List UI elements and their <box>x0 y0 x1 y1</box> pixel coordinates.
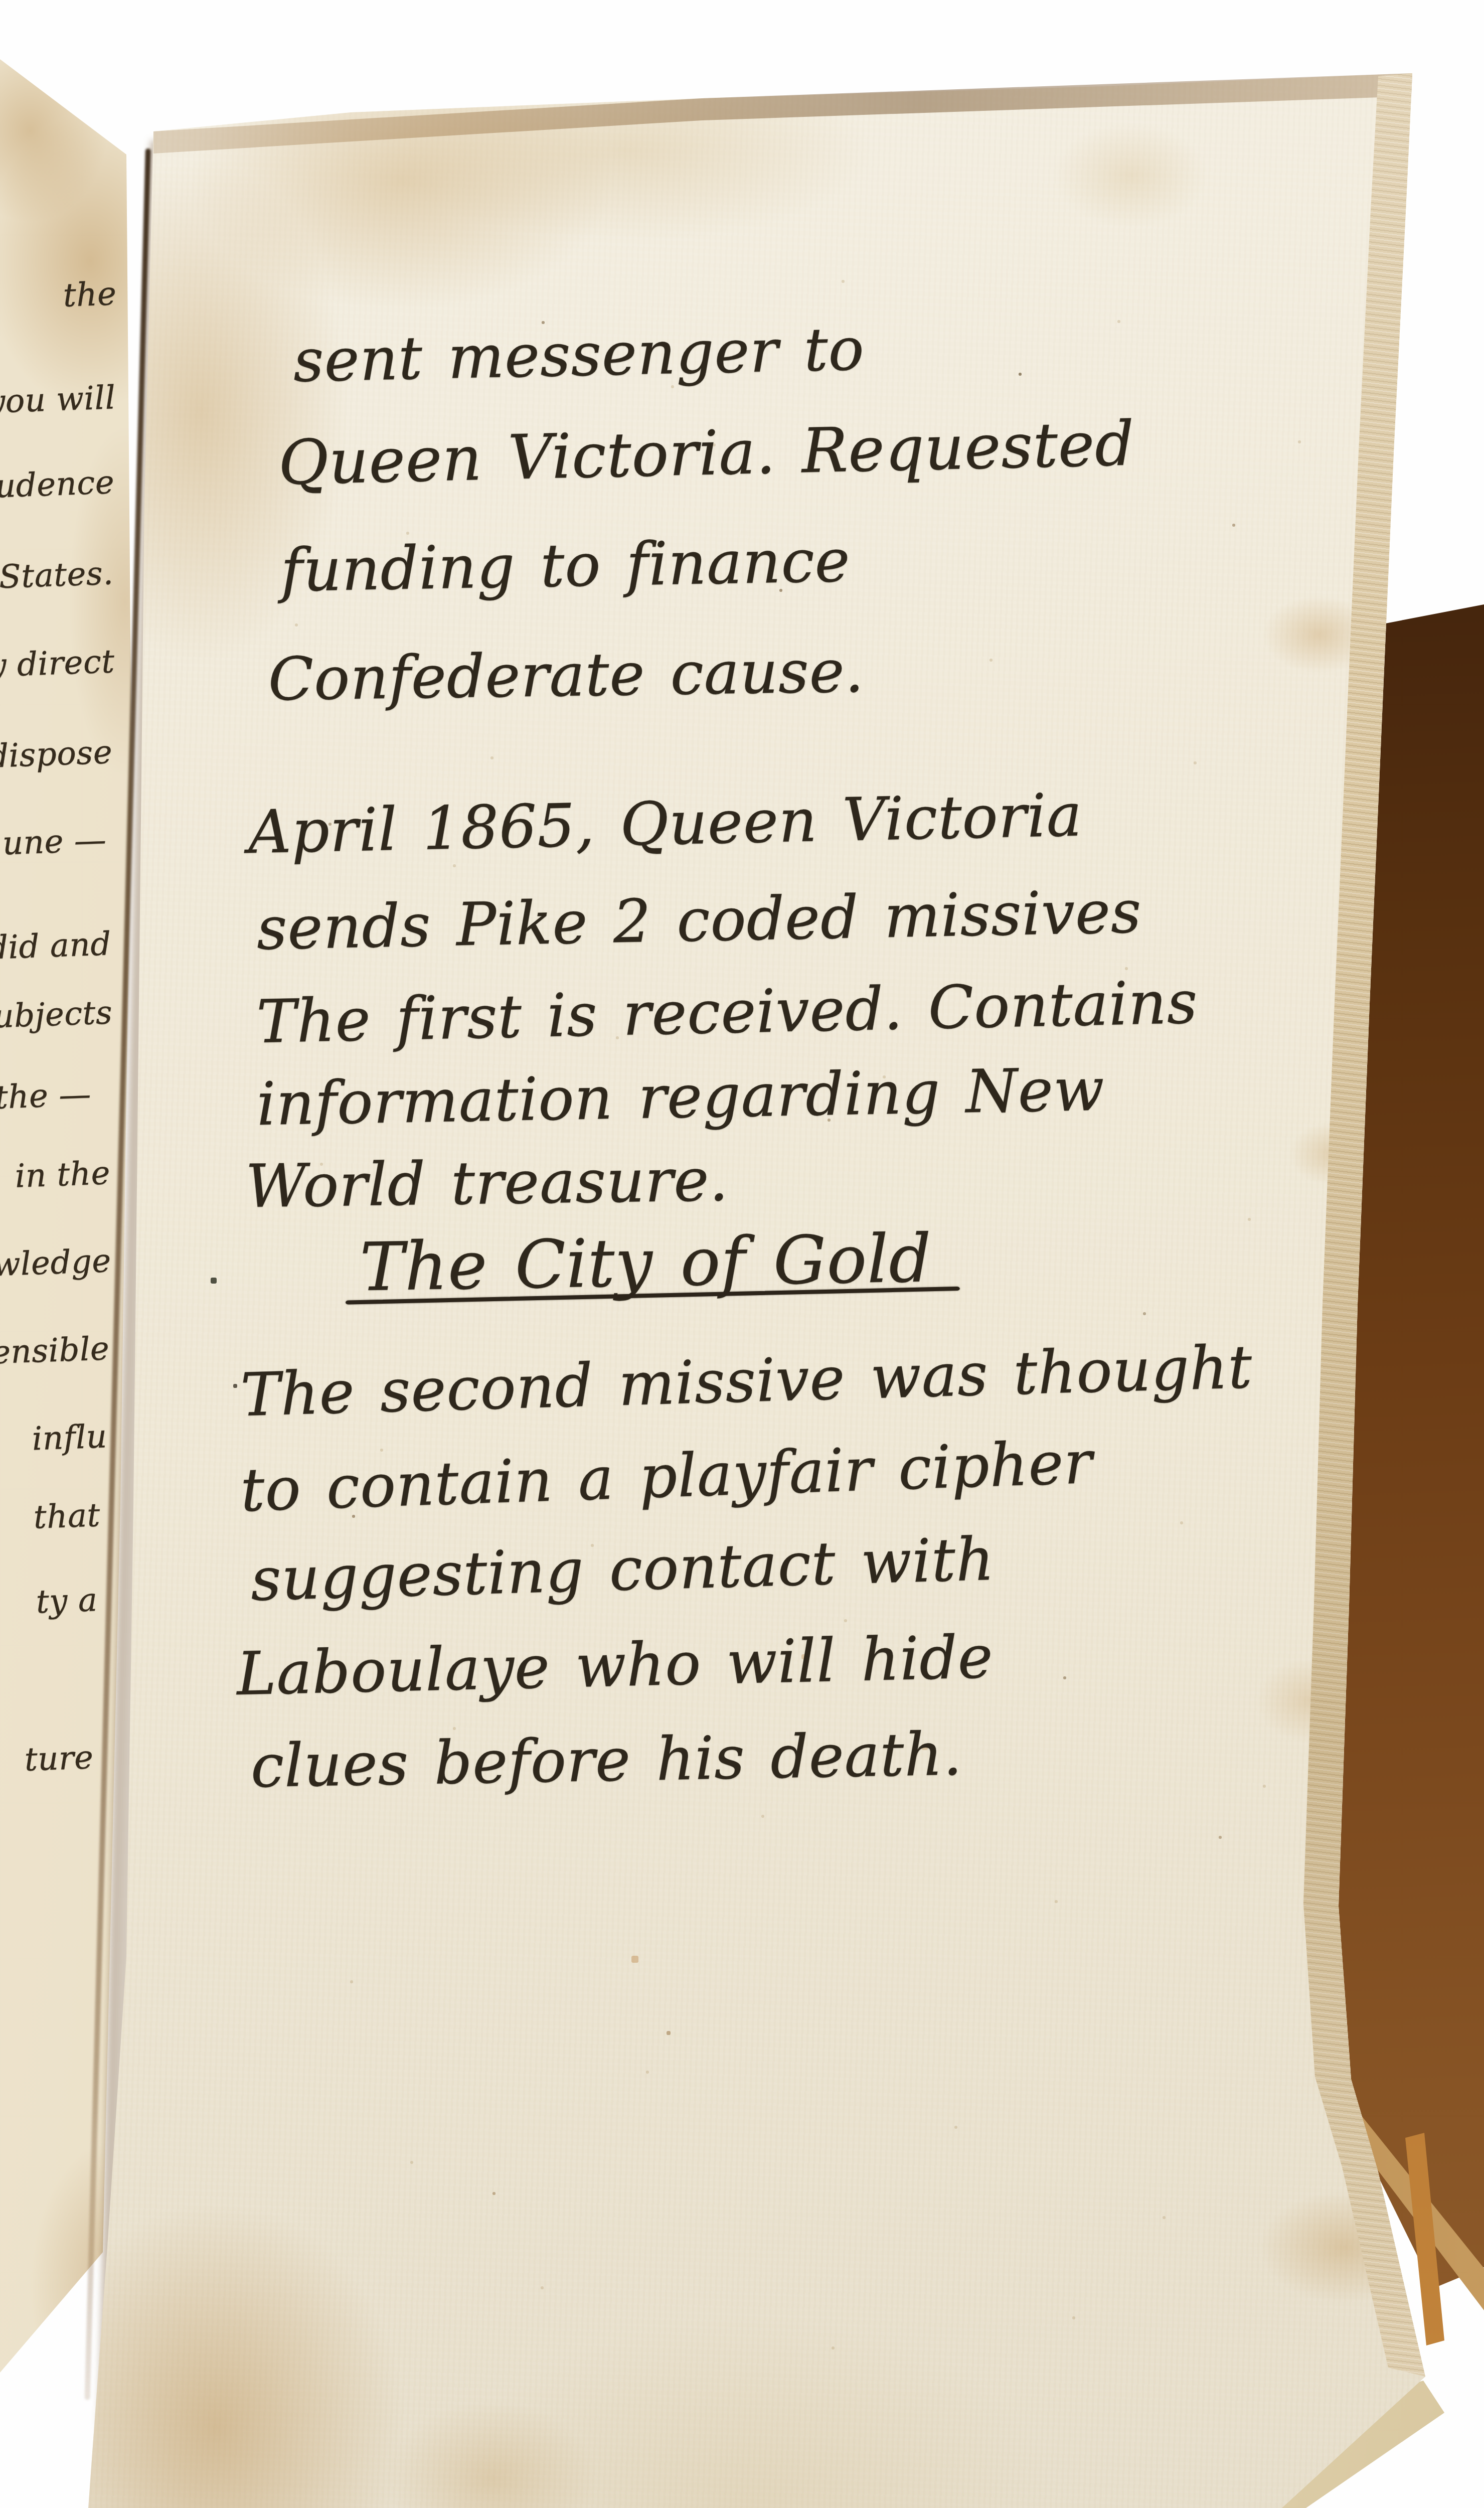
open-journal-photo: the you will udence States. ery direct d… <box>0 0 1484 2508</box>
section-heading: The City of Gold <box>360 1220 932 1306</box>
handwriting-line: April 1865, Queen Victoria <box>248 780 1083 867</box>
handwriting-line: The first is received. Contains <box>256 968 1199 1056</box>
handwriting-line: Queen Victoria. Requested <box>277 408 1135 499</box>
handwriting-line: The second missive was thought <box>240 1332 1253 1430</box>
handwriting-line: to contain a playfair cipher <box>240 1428 1094 1525</box>
handwriting-line: World treasure. <box>245 1145 729 1221</box>
handwriting-line: funding to finance <box>280 526 851 605</box>
handwriting-line: Confederate cause. <box>268 636 865 714</box>
handwriting-line: clues before his death. <box>250 1719 963 1801</box>
handwriting-line: Laboulaye who will hide <box>236 1622 994 1708</box>
handwriting-line: suggesting contact with <box>250 1524 996 1614</box>
journal-entry-text: sent messenger to Queen Victoria. Reques… <box>0 0 1484 2508</box>
handwriting-line: sent messenger to <box>293 314 865 395</box>
handwriting-line: sends Pike 2 coded missives <box>256 877 1142 963</box>
handwriting-line: information regarding New <box>256 1055 1105 1139</box>
